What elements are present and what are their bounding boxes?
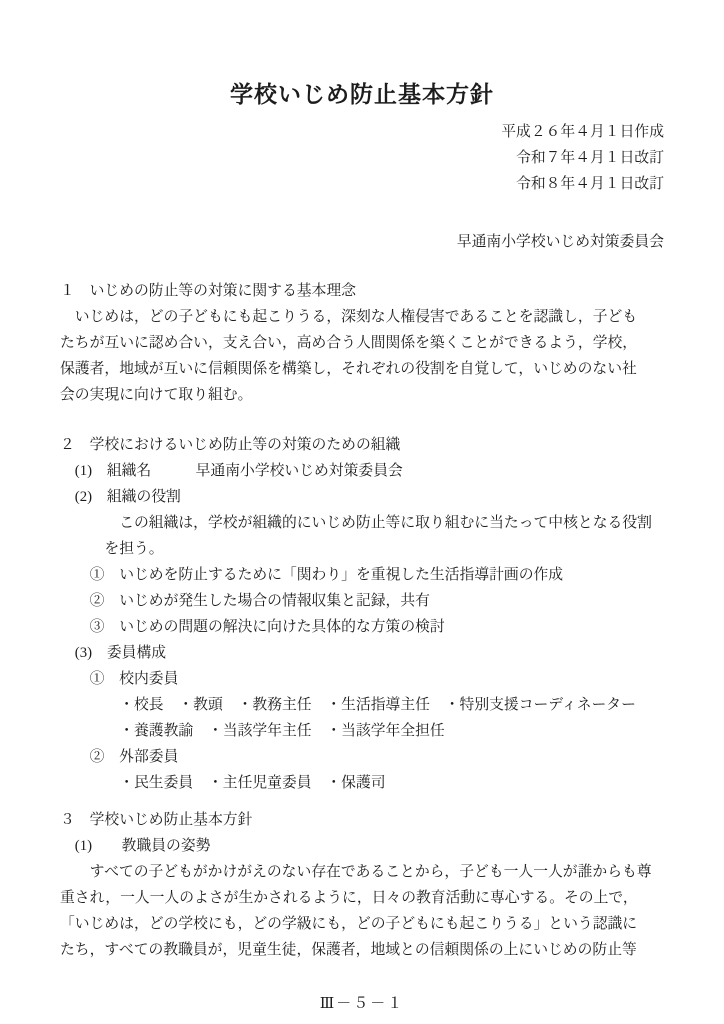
organization-task-item: ② いじめが発生した場合の情報収集と記録，共有 [60, 588, 664, 614]
section1-paragraph-line: 保護者，地域が互いに信頼関係を構築し，それぞれの役割を自覚して，いじめのない社 [60, 356, 664, 382]
section-organization: ２ 学校におけるいじめ防止等の対策のための組織 (1) 組織名 早通南小学校いじ… [60, 432, 664, 796]
external-members-heading: ② 外部委員 [60, 744, 664, 770]
section1-paragraph-line: いじめは，どの子どもにも起こりうる，深刻な人権侵害であることを認識し，子ども [60, 304, 664, 330]
section1-heading: １ いじめの防止等の対策に関する基本理念 [60, 278, 664, 304]
staff-attitude-line: 「いじめは，どの学校にも，どの学級にも，どの子どもにも起こりうる」という認識に [60, 911, 664, 937]
staff-attitude-heading: (1) 教職員の姿勢 [60, 833, 664, 859]
staff-attitude-line: すべての子どもがかけがえのない存在であることから，子ども一人一人が誰からも尊 [60, 859, 664, 885]
internal-members-list: ・校長 ・教頭 ・教務主任 ・生活指導主任 ・特別支援コーディネーター [60, 692, 664, 718]
committee-name-block: 早通南小学校いじめ対策委員会 [60, 229, 664, 255]
internal-members-heading: ① 校内委員 [60, 666, 664, 692]
revision-dates: 平成２６年４月１日作成 令和７年４月１日改訂 令和８年４月１日改訂 [60, 119, 664, 197]
organization-task-item: ① いじめを防止するために「関わり」を重視した生活指導計画の作成 [60, 562, 664, 588]
section2-heading: ２ 学校におけるいじめ防止等の対策のための組織 [60, 432, 664, 458]
section1-paragraph-line: たちが互いに認め合い，支え合い，高め合う人間関係を築くことができるよう，学校， [60, 330, 664, 356]
member-composition-heading: (3) 委員構成 [60, 640, 664, 666]
committee-name: 早通南小学校いじめ対策委員会 [60, 229, 664, 255]
page-title: 学校いじめ防止基本方針 [60, 80, 664, 110]
section-basic-policy: ３ 学校いじめ防止基本方針 (1) 教職員の姿勢 すべての子どもがかけがえのない… [60, 807, 664, 963]
staff-attitude-line: 重され，一人一人のよさが生かされるように，日々の教育活動に専心する。その上で， [60, 885, 664, 911]
section3-heading: ３ 学校いじめ防止基本方針 [60, 807, 664, 833]
external-members-list: ・民生委員 ・主任児童委員 ・保護司 [60, 770, 664, 796]
date-revised-2: 令和８年４月１日改訂 [60, 171, 664, 197]
date-created: 平成２６年４月１日作成 [60, 119, 664, 145]
section1-paragraph-line: 会の実現に向けて取り組む。 [60, 382, 664, 408]
internal-members-list: ・養護教諭 ・当該学年主任 ・当該学年全担任 [60, 718, 664, 744]
organization-role-line: この組織は，学校が組織的にいじめ防止等に取り組むに当たって中核となる役割 [60, 510, 664, 536]
document-page: 学校いじめ防止基本方針 平成２６年４月１日作成 令和７年４月１日改訂 令和８年４… [0, 0, 724, 1024]
staff-attitude-line: たち，すべての教職員が，児童生徒，保護者，地域との信頼関係の上にいじめの防止等 [60, 937, 664, 963]
organization-role-heading: (2) 組織の役割 [60, 484, 664, 510]
date-revised-1: 令和７年４月１日改訂 [60, 145, 664, 171]
organization-role-line: を担う。 [60, 536, 664, 562]
organization-name-line: (1) 組織名 早通南小学校いじめ対策委員会 [60, 458, 664, 484]
page-number: Ⅲ－５－１ [60, 991, 664, 1017]
document-body: １ いじめの防止等の対策に関する基本理念 いじめは，どの子どもにも起こりうる，深… [60, 278, 664, 963]
section-basic-principles: １ いじめの防止等の対策に関する基本理念 いじめは，どの子どもにも起こりうる，深… [60, 278, 664, 408]
organization-task-item: ③ いじめの問題の解決に向けた具体的な方策の検討 [60, 614, 664, 640]
